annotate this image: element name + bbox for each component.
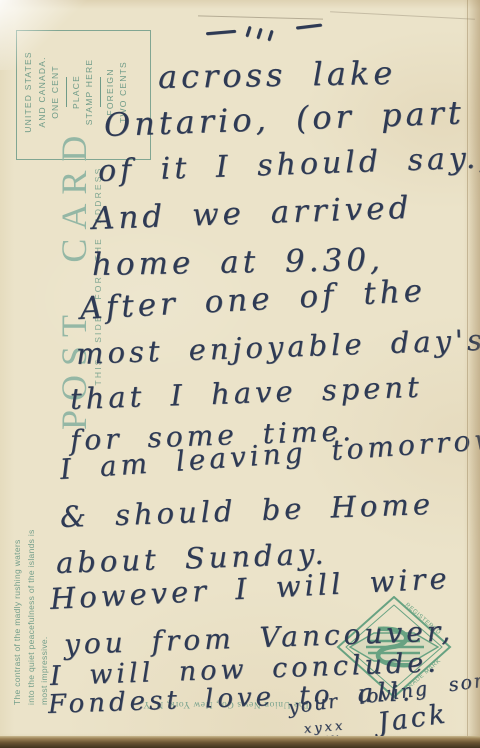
ink-mark bbox=[206, 30, 236, 36]
postcard-back: UNITED STATES AND CANADA. ONE CENT PLACE… bbox=[0, 0, 480, 748]
ink-mark bbox=[245, 26, 251, 37]
card-edge-right bbox=[467, 0, 480, 748]
message-line: & should be Home bbox=[59, 487, 434, 534]
ink-mark bbox=[267, 30, 273, 41]
worn-corner bbox=[0, 0, 90, 70]
card-edge-bottom bbox=[0, 736, 480, 748]
ink-mark bbox=[256, 28, 262, 39]
message-line: most enjoyable day's bbox=[75, 323, 480, 371]
pencil-stroke bbox=[330, 11, 475, 20]
pencil-stroke bbox=[198, 15, 323, 20]
message-line: Ontario, (or part bbox=[103, 93, 465, 144]
ink-mark bbox=[296, 23, 322, 29]
message-line: that I have spent bbox=[69, 370, 423, 416]
message-line: across lake bbox=[158, 54, 397, 96]
handwritten-message: across lakeOntario, (or partof it I shou… bbox=[0, 0, 480, 748]
message-line: And we arrived bbox=[91, 190, 413, 237]
message-line: of it I should say.) bbox=[97, 140, 480, 189]
